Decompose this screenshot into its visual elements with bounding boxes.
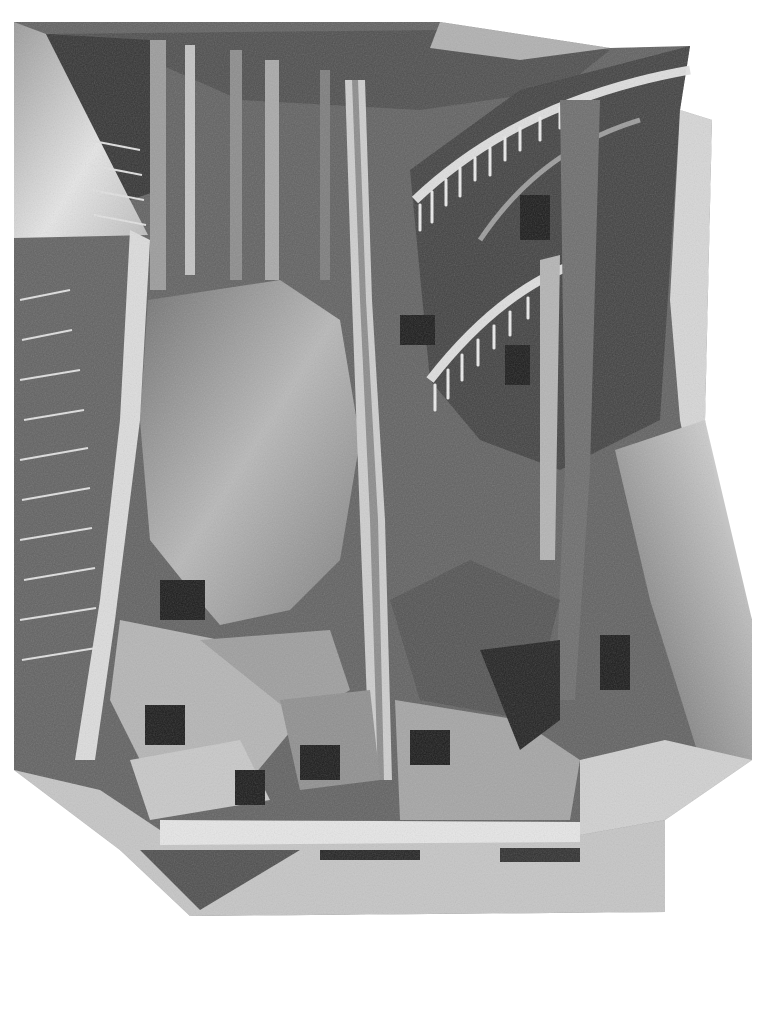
abstract-collage-artwork: [0, 0, 779, 1024]
